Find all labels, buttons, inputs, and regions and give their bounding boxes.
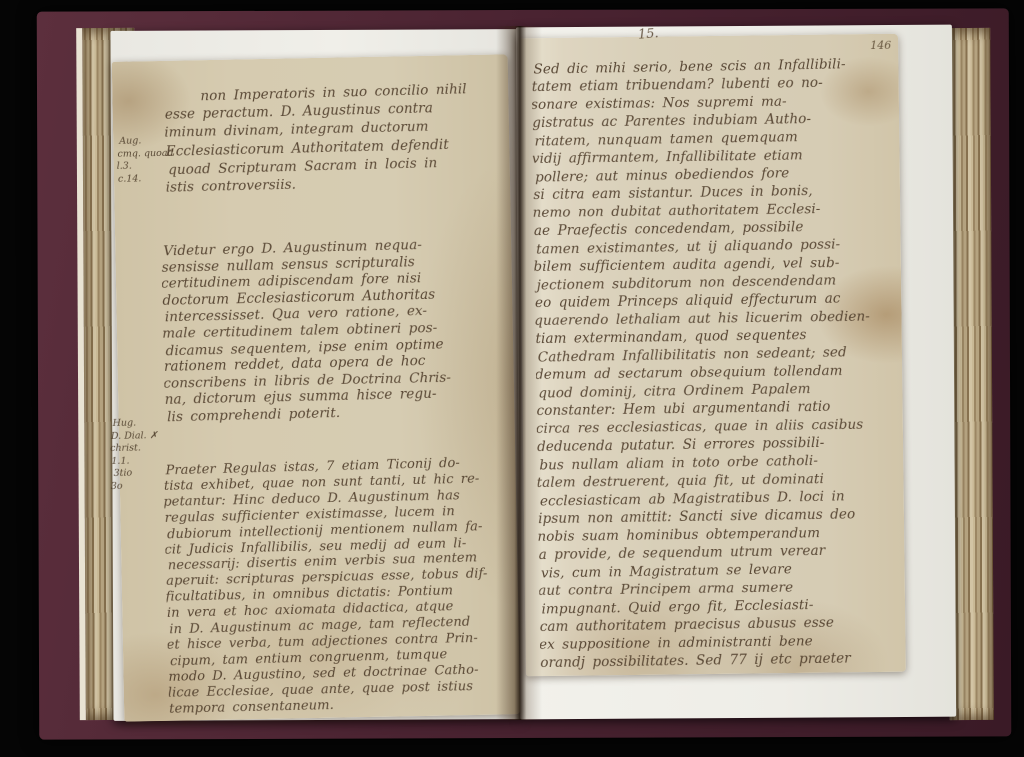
- handwritten-line: 1.1.: [111, 455, 158, 468]
- paragraph-bottom: Praeter Regulas istas, 7 etiam Ticonij d…: [163, 455, 521, 718]
- paragraph-middle: Videtur ergo D. Augustinum nequa-sensiss…: [161, 235, 513, 425]
- handwritten-line: Hug.: [113, 417, 160, 430]
- handwritten-line: 3o: [111, 480, 158, 493]
- paragraph-top: non Imperatoris in suo concilio nihiless…: [164, 80, 509, 198]
- photo-stage: Aug.cmq. quoadl.3.c.14. non Imperatoris …: [0, 0, 1024, 757]
- handwritten-line: christ.: [110, 442, 157, 455]
- manuscript-page-right: 146 Sed dic mihi serio, bene scis an Inf…: [518, 34, 906, 677]
- handwritten-line: D. Dial. ✗: [111, 430, 158, 443]
- handwritten-line: 3tio: [113, 467, 160, 480]
- handwritten-line: l.3.: [117, 160, 173, 173]
- folio-number: 146: [870, 39, 891, 52]
- right-page-text: Sed dic mihi serio, bene scis an Infalli…: [531, 55, 908, 672]
- page-header-mark: 15.: [638, 26, 660, 42]
- manuscript-page-left: Aug.cmq. quoadl.3.c.14. non Imperatoris …: [112, 54, 521, 721]
- margin-note-citation-hugo: Hug.D. Dial. ✗christ.1.1.3tio3o: [111, 417, 159, 493]
